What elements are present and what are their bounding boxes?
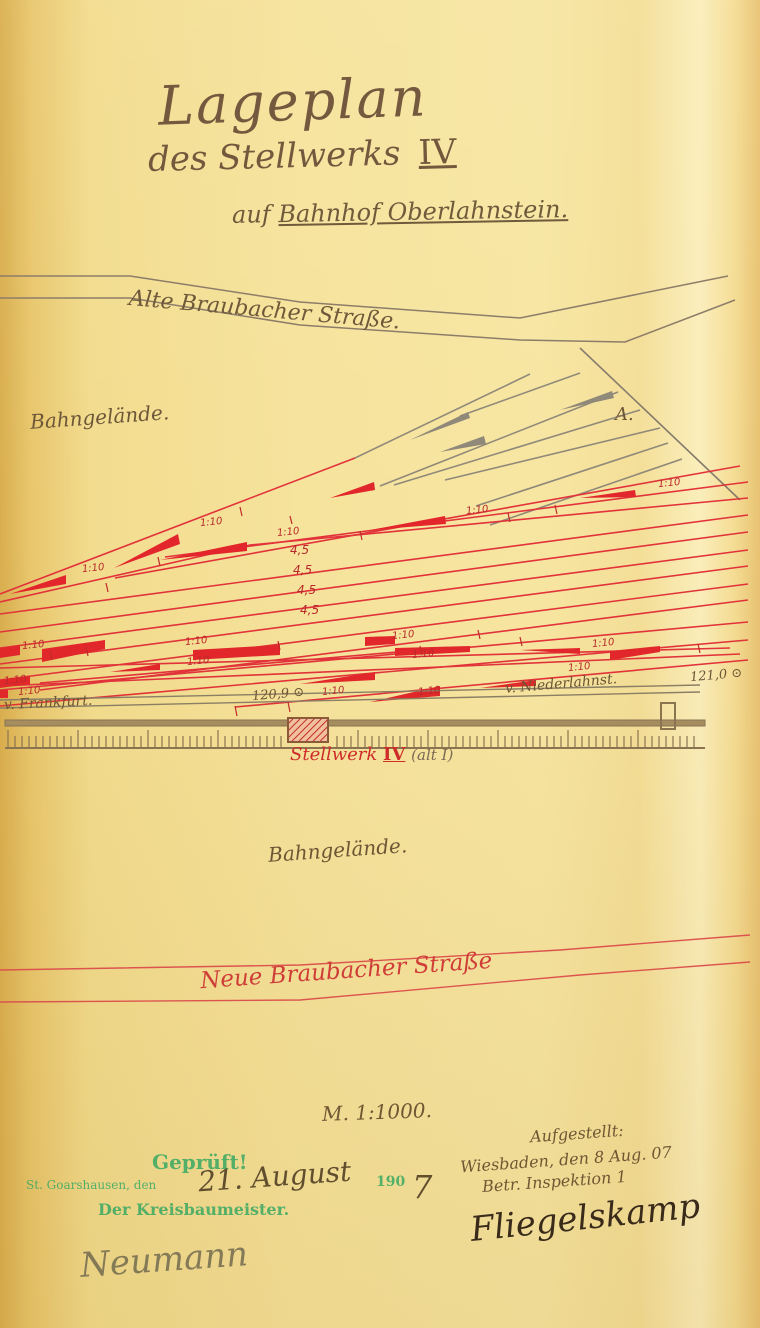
track-spacing-label: 4,5 <box>293 563 312 577</box>
turnout-ratio-label: 1:10 <box>17 685 40 698</box>
title-station-name: Bahnhof Oberlahnstein. <box>278 195 568 228</box>
turnout-ratio-label: 1:10 <box>186 655 209 668</box>
turnout-ratio-label: 1:10 <box>321 685 344 698</box>
turnout-ratio-label: 1:10 <box>276 526 299 539</box>
red-tracks <box>0 458 748 707</box>
document-sheet: Lageplan des StellwerksIV auf Bahnhof Ob… <box>0 0 760 1328</box>
turnout-ratio-label: 1:10 <box>591 637 614 650</box>
track-spacing-label: 4,5 <box>290 543 309 557</box>
title-stellwerk-text: des Stellwerks <box>148 133 401 180</box>
title-station: auf Bahnhof Oberlahnstein. <box>232 195 569 229</box>
turnout-ratio-label: 1:10 <box>81 562 104 575</box>
stamp-place: St. Goarshausen, den <box>26 1178 156 1192</box>
turnout-ratio-label: 1:10 <box>21 639 44 652</box>
signal-box-old-name: (alt I) <box>411 746 453 764</box>
signal-box-numeral: IV <box>383 744 405 765</box>
pencil-wedges <box>410 391 614 452</box>
stamp-year-printed: 190 <box>376 1174 405 1190</box>
turnout-ratio-label: 1:10 <box>391 629 414 642</box>
turnout-ratio-label: 1:10 <box>184 635 207 648</box>
turnout-ratio-label: 1:10 <box>567 661 590 674</box>
signal-box-label: Stellwerk IV (alt I) <box>290 744 453 765</box>
turnout-ratio-label: 1:10 <box>3 674 26 687</box>
stamp-year-handwritten: 7 <box>412 1168 432 1206</box>
title-stellwerk: des StellwerksIV <box>148 132 457 180</box>
turnout-ratio-label: 1:10 <box>465 504 488 517</box>
pencil-tracks <box>355 373 682 525</box>
turnout-ratio-label: 1:10 <box>199 516 222 529</box>
stamp-authority: Der Kreisbaumeister. <box>98 1200 289 1219</box>
turnout-ratio-label: 1:10 <box>657 477 680 490</box>
scale-label: M. 1:1000. <box>322 1098 433 1126</box>
boundary-line <box>580 348 740 500</box>
turnout-ratio-label: 1:10 <box>417 685 440 698</box>
title-station-prefix: auf <box>232 200 271 229</box>
title-lageplan: Lageplan <box>157 65 428 137</box>
signal-box-text: Stellwerk <box>290 744 377 765</box>
track-spacing-label: 4,5 <box>297 583 316 597</box>
title-stellwerk-numeral: IV <box>418 132 457 173</box>
end-mark-label: A. <box>615 404 634 425</box>
turnout-ratio-label: 1:10 <box>411 648 434 661</box>
track-spacing-label: 4,5 <box>300 603 319 617</box>
